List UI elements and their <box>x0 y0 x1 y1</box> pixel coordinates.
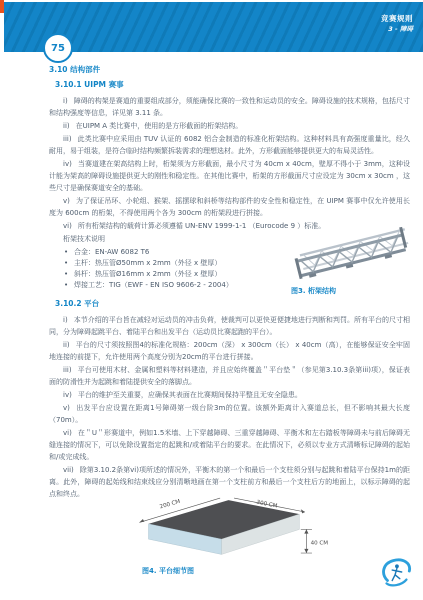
truss-tech-bullet: 主杆：热压管Ø50mm x 2mm（外径 x 壁厚） <box>63 258 270 269</box>
header-subtitle: 3 - 障碍 <box>381 26 413 33</box>
figure4-platform: 200 CM 300 CM 40 CM 图4. 平台细节图 <box>70 496 380 576</box>
platform-diagram: 200 CM 300 CM 40 CM <box>70 496 380 560</box>
truss-tech-bullet: 焊接工艺：TIG（EWF - EN ISO 9606-2 - 2004） <box>63 280 270 291</box>
document-page: 竞赛规则 3 - 障碍 75 3.10 结构部件 3.10.1 UIPM 赛事 … <box>0 0 423 600</box>
s3101-item: iii)此类比赛中应采用由 TUV 认证的 6082 铝合金制造的标准化桁架结构… <box>49 133 410 157</box>
figure3-caption: 图3. 桁架结构 <box>291 286 419 296</box>
header-title: 竞赛规则 <box>381 15 413 23</box>
truss-tech-list: 合金：EN-AW 6082 T6 主杆：热压管Ø50mm x 2mm（外径 x … <box>63 247 270 291</box>
header-text: 竞赛规则 3 - 障碍 <box>381 15 413 33</box>
s3102-item: iv)平台的维护至关重要，应确保其表面在比赛期间保持平整且无安全隐患。 <box>49 389 410 401</box>
figure3-truss: 图3. 桁架结构 <box>291 226 419 296</box>
s3101-item: iv)当赛道建在架高结构上时，桁架须为方形截面，最小尺寸为 40cm x 40c… <box>49 158 410 194</box>
page-number-badge: 75 <box>43 33 73 63</box>
section-310-heading: 3.10 结构部件 <box>49 64 410 75</box>
uipm-logo-icon <box>377 550 415 594</box>
truss-tech-bullet: 合金：EN-AW 6082 T6 <box>63 247 270 258</box>
dim-depth-label: 200 CM <box>159 499 181 511</box>
figure4-caption: 图4. 平台细节图 <box>70 566 380 576</box>
section-3101-heading: 3.10.1 UIPM 赛事 <box>55 79 410 90</box>
s3101-item: v)为了保证吊环、小轮组、猴架、摇摆球和斜桥等结构部件的安全性和稳定性，在 UI… <box>49 195 410 219</box>
s3102-item: vi)在＂U＂形赛道中，例如1.5米墙、上下穿越障碍、三重穿越障碍、平衡木和左右… <box>49 427 410 463</box>
truss-image <box>291 226 419 280</box>
s3102-item: vii)除第3.10.2条第vi)项所述的情况外，平衡木的第一个和最后一个支柱须… <box>49 464 410 500</box>
s3101-item: i)障碍的构架是赛道的重要组成部分，须能确保比赛的一致性和运动员的安全。障碍设施… <box>49 95 410 119</box>
s3102-item: i)本节介绍的平台旨在减轻对运动员的冲击负荷，使裁判可以更快更便捷地进行判断和判… <box>49 314 410 338</box>
s3101-item: ii)在UIPM A 类比赛中，使用的是方形截面的桁架结构。 <box>49 120 410 132</box>
s3102-item: iii)平台可使用木材、金属和塑料等材料建造，并且应始终覆盖＂平台垫＂（参见第3… <box>49 364 410 388</box>
truss-tech-bullet: 斜杆：热压管Ø16mm x 2mm（外径 x 壁厚） <box>63 269 270 280</box>
section-3102-heading: 3.10.2 平台 <box>55 298 410 309</box>
s3102-item: ii)平台的尺寸须按照图4的标准化规格：200cm（深） x 300cm（长） … <box>49 339 410 363</box>
dim-height-label: 40 CM <box>311 541 329 547</box>
s3102-item: v)出发平台应设置在距离1号障碍第一级台阶3m的位置。该额外距离计入赛道总长，但… <box>49 402 410 426</box>
